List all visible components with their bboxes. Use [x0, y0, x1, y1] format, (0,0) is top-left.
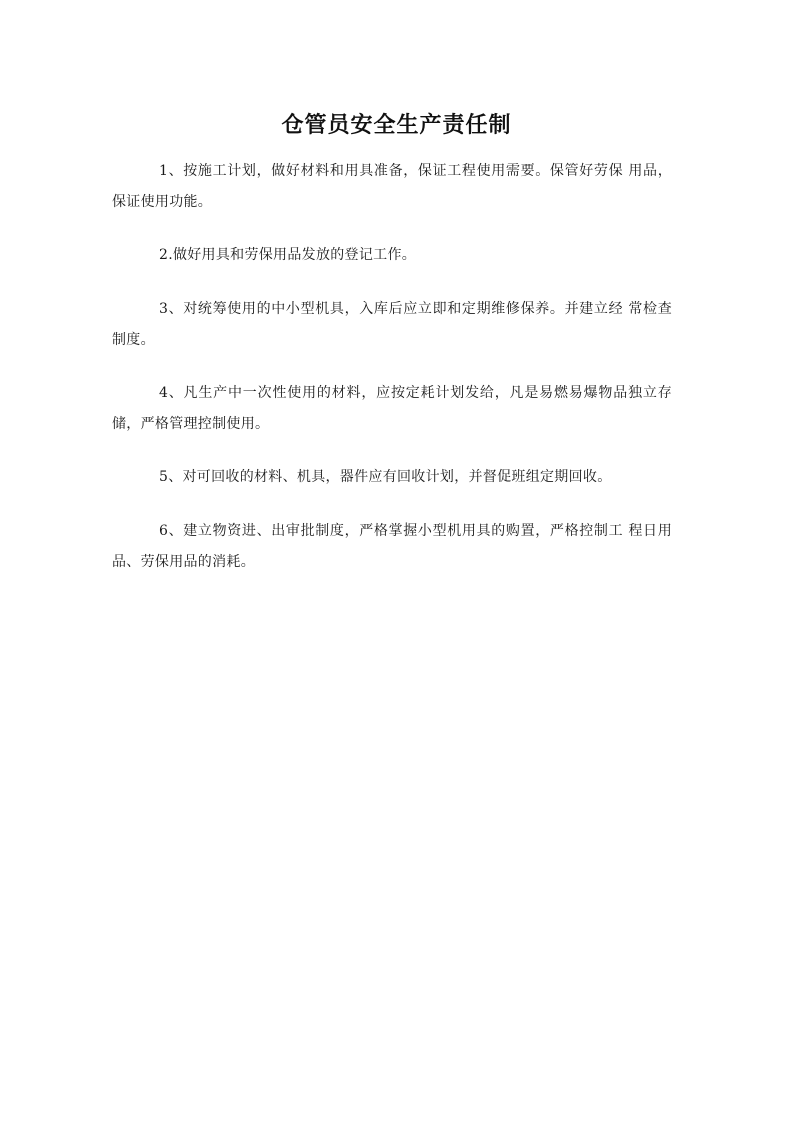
paragraph-item-1: 1、按施工计划，做好材料和用具准备，保证工程使用需要。保管好劳保 用品，保证使用…: [112, 156, 672, 218]
paragraph-item-5: 5、对可回收的材料、机具，器件应有回收计划，并督促班组定期回收。: [112, 462, 672, 493]
paragraph-item-4: 4、凡生产中一次性使用的材料，应按定耗计划发给，凡是易燃易爆物品独立存储，严格管…: [112, 378, 672, 440]
paragraph-item-3: 3、对统筹使用的中小型机具，入库后应立即和定期维修保养。并建立经 常检查制度。: [112, 294, 672, 356]
paragraph-item-2: 2.做好用具和劳保用品发放的登记工作。: [112, 240, 672, 271]
document-title: 仓管员安全生产责任制: [0, 110, 793, 142]
paragraph-item-6: 6、建立物资进、出审批制度，严格掌握小型机用具的购置，严格控制工 程日用品、劳保…: [112, 516, 672, 578]
document-page: 仓管员安全生产责任制 1、按施工计划，做好材料和用具准备，保证工程使用需要。保管…: [0, 0, 793, 1122]
